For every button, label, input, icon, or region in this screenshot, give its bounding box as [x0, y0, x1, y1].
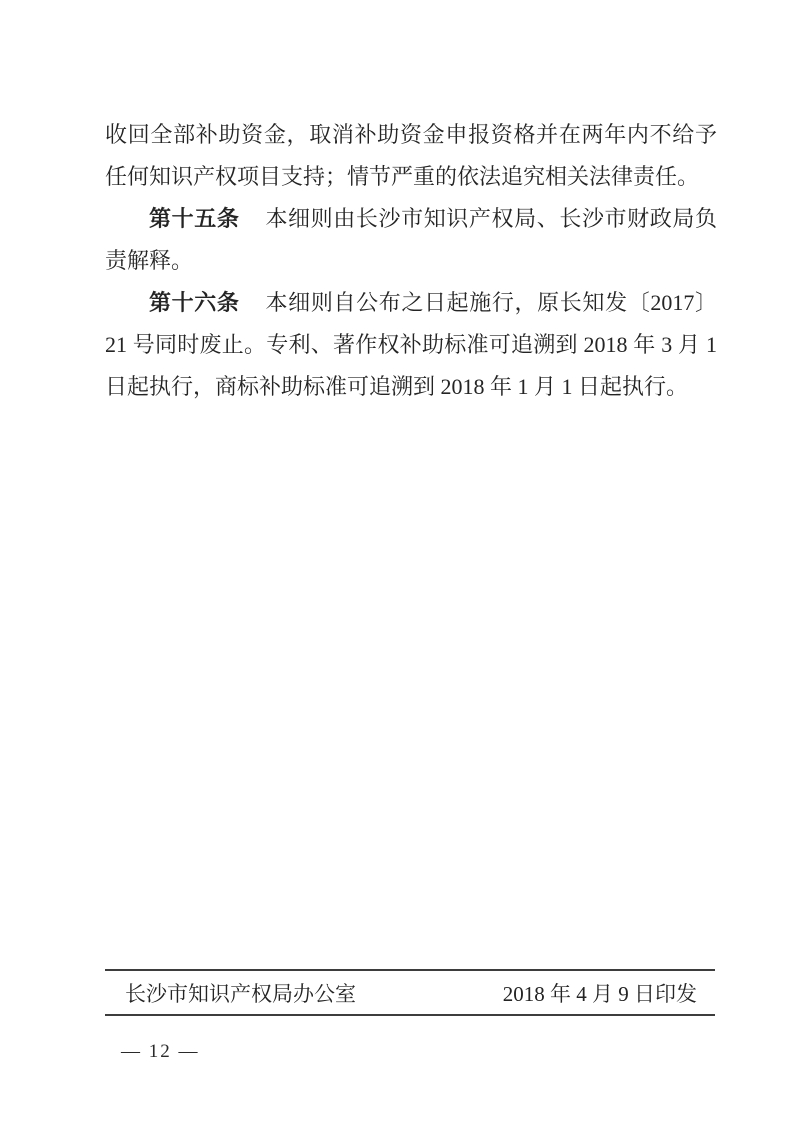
- article-16-number: 第十六条: [149, 290, 240, 315]
- footer-bottom-rule: [105, 1014, 715, 1016]
- paragraph-article-15: 第十五条本细则由长沙市知识产权局、长沙市财政局负责解释。: [105, 198, 717, 282]
- footer-row: 长沙市知识产权局办公室 2018 年 4 月 9 日印发: [105, 971, 715, 1014]
- document-footer: 长沙市知识产权局办公室 2018 年 4 月 9 日印发: [105, 969, 715, 1016]
- footer-issuer: 长沙市知识产权局办公室: [125, 984, 356, 1005]
- document-page: 收回全部补助资金，取消补助资金申报资格并在两年内不给予任何知识产权项目支持；情节…: [0, 0, 800, 1132]
- document-body: 收回全部补助资金，取消补助资金申报资格并在两年内不给予任何知识产权项目支持；情节…: [105, 114, 717, 408]
- page-number: — 12 —: [121, 1042, 200, 1061]
- article-15-number: 第十五条: [149, 206, 239, 231]
- footer-print-date: 2018 年 4 月 9 日印发: [503, 984, 697, 1005]
- paragraph-article-16: 第十六条本细则自公布之日起施行，原长知发〔2017〕21 号同时废止。专利、著作…: [105, 282, 717, 408]
- paragraph-continuation: 收回全部补助资金，取消补助资金申报资格并在两年内不给予任何知识产权项目支持；情节…: [105, 114, 717, 198]
